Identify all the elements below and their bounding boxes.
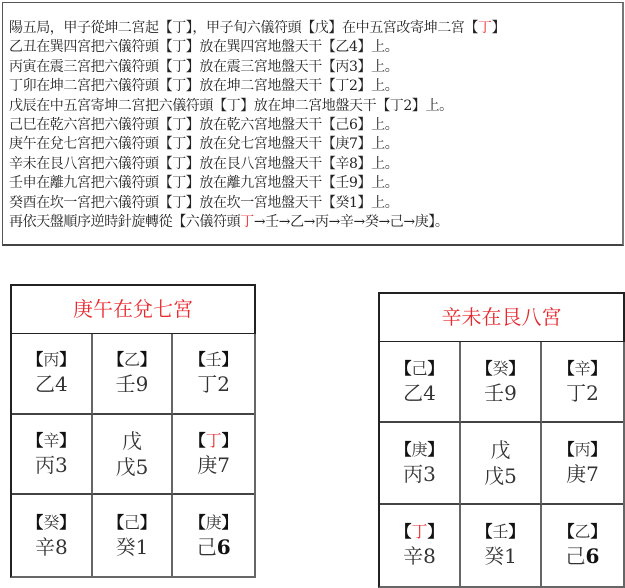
earth-stem-label: 己6 <box>197 534 231 560</box>
explanation-line-7: 辛未在艮八宮把六儀符頭【丁】放在艮八宮地盤天干【辛8】上。 <box>9 155 505 174</box>
stem-text: 庚 <box>411 440 427 459</box>
bracket-open: 【 <box>108 350 124 369</box>
palace-cell: 【己】癸1 <box>93 495 174 576</box>
grid-title: 辛未在艮八宮 <box>378 292 625 342</box>
stem-text: 癸 <box>43 513 59 532</box>
stem-text: 庚 <box>206 513 222 532</box>
bracket-close: 】 <box>428 522 444 541</box>
explanation-line-5: 己巳在乾六宮把六儀符頭【丁】放在乾六宮地盤天干【己6】上。 <box>9 116 505 135</box>
palace-cell: 戊戊5 <box>461 423 542 504</box>
stem-text: 丙 <box>43 350 59 369</box>
bracket-close: 】 <box>59 350 75 369</box>
earth-stem-label: 丙3 <box>403 461 436 487</box>
earth-stem-label: 丙3 <box>35 452 68 478</box>
stem-text: 壬 <box>492 522 508 541</box>
explanation-line-2: 丙寅在震三宮把六儀符頭【丁】放在震三宮地盤天干【丙3】上。 <box>9 58 505 77</box>
bracket-open: 【 <box>190 513 206 532</box>
earth-stem-label: 戊5 <box>116 454 149 480</box>
line-text: 陽五局，甲子從坤二宮起【丁】，甲子旬六儀符頭【戊】在中五宮改寄坤二宮【 <box>9 20 478 36</box>
earth-stem-label: 己6 <box>566 543 600 569</box>
bracket-close: 】 <box>591 522 607 541</box>
stem-text: 丁 <box>411 522 427 541</box>
bracket-open: 【 <box>395 359 411 378</box>
palace-cell: 【乙】壬9 <box>93 334 174 415</box>
stem-text: 己 <box>411 359 427 378</box>
earth-stem-label: 庚7 <box>197 452 230 478</box>
palace-cell: 【癸】壬9 <box>461 342 542 423</box>
bracket-close: 】 <box>59 431 75 450</box>
heaven-stem-label: 【癸】 <box>27 512 75 534</box>
earth-stem-label: 辛8 <box>35 534 68 560</box>
bracket-open: 【 <box>27 431 43 450</box>
palace-cell: 【癸】辛8 <box>12 495 93 576</box>
palace-cell: 【壬】丁2 <box>173 334 254 415</box>
heaven-stem-label: 戊 <box>491 437 511 463</box>
stem-text: 癸 <box>492 359 508 378</box>
stem-text: 乙 <box>574 522 590 541</box>
bracket-close: 】 <box>222 350 238 369</box>
highlight-text: 丁 <box>478 20 492 36</box>
bracket-close: 】 <box>591 440 607 459</box>
bracket-open: 【 <box>108 513 124 532</box>
stem-text: 辛 <box>43 431 59 450</box>
heaven-stem-label: 【己】 <box>108 512 156 534</box>
palace-grid-xin-wei: 辛未在艮八宮 【己】乙4【癸】壬9【辛】丁2【庚】丙3戊戊5【丙】庚7【丁】辛8… <box>378 292 625 588</box>
palace-cell: 【丁】庚7 <box>173 415 254 496</box>
heaven-stem-label: 【庚】 <box>395 439 443 461</box>
grid-cells: 【丙】乙4【乙】壬9【壬】丁2【辛】丙3戊戊5【丁】庚7【癸】辛8【己】癸1【庚… <box>10 334 256 578</box>
bracket-open: 【 <box>27 350 43 369</box>
explanation-line-10: 再依天盤順序逆時針旋轉從【六儀符頭丁→壬→乙→丙→辛→癸→己→庚】。 <box>9 213 505 232</box>
heaven-stem-label: 【丁】 <box>190 430 238 452</box>
bracket-open: 【 <box>395 522 411 541</box>
bracket-open: 【 <box>27 513 43 532</box>
stem-text: 乙 <box>124 350 140 369</box>
bracket-close: 】 <box>591 359 607 378</box>
heaven-stem-label: 【癸】 <box>476 358 524 380</box>
explanation-line-3: 丁卯在坤二宮把六儀符頭【丁】放在坤二宮地盤天干【丁2】上。 <box>9 77 505 96</box>
earth-stem-label: 丁2 <box>197 371 230 397</box>
bracket-close: 】 <box>222 513 238 532</box>
palace-cell: 【丙】庚7 <box>542 423 623 504</box>
bracket-open: 【 <box>558 522 574 541</box>
heaven-stem-label: 【丙】 <box>558 439 606 461</box>
palace-cell: 【壬】癸1 <box>461 505 542 586</box>
earth-stem-label: 戊5 <box>484 463 517 489</box>
bracket-close: 】 <box>509 522 525 541</box>
bracket-open: 【 <box>476 522 492 541</box>
bracket-open: 【 <box>558 440 574 459</box>
palace-cell: 【丁】辛8 <box>380 505 461 586</box>
heaven-stem-label: 【庚】 <box>190 512 238 534</box>
earth-stem-label: 壬9 <box>484 380 517 406</box>
bracket-close: 】 <box>140 350 156 369</box>
palace-cell: 戊戊5 <box>93 415 174 496</box>
heaven-stem-label: 【乙】 <box>108 349 156 371</box>
bracket-open: 【 <box>190 431 206 450</box>
stem-text: 辛 <box>574 359 590 378</box>
heaven-stem-label: 【丙】 <box>27 349 75 371</box>
explanation-lines: 陽五局，甲子從坤二宮起【丁】，甲子旬六儀符頭【戊】在中五宮改寄坤二宮【丁】 乙丑… <box>9 19 505 232</box>
earth-stem-label: 乙4 <box>403 380 436 406</box>
explanation-line-6: 庚午在兌七宮把六儀符頭【丁】放在兌七宮地盤天干【庚7】上。 <box>9 135 505 154</box>
line-tail: →壬→乙→丙→辛→癸→己→庚】。 <box>254 214 449 230</box>
earth-stem-label: 丁2 <box>566 380 599 406</box>
stem-text: 己 <box>124 513 140 532</box>
palace-number: 6 <box>586 544 600 568</box>
center-stem: 戊 <box>491 438 511 462</box>
earth-stem-label: 癸1 <box>484 543 517 569</box>
stem-text: 丁 <box>206 431 222 450</box>
bracket-close: 】 <box>428 359 444 378</box>
palace-grid-geng-wu: 庚午在兌七宮 【丙】乙4【乙】壬9【壬】丁2【辛】丙3戊戊5【丁】庚7【癸】辛8… <box>10 284 256 578</box>
earth-stem-label: 乙4 <box>35 371 68 397</box>
bracket-open: 【 <box>558 359 574 378</box>
heaven-stem-label: 戊 <box>122 428 142 454</box>
bracket-close: 】 <box>222 431 238 450</box>
palace-cell: 【乙】己6 <box>542 505 623 586</box>
palace-cell: 【丙】乙4 <box>12 334 93 415</box>
palace-cell: 【己】乙4 <box>380 342 461 423</box>
bracket-close: 】 <box>59 513 75 532</box>
earth-stem-label: 辛8 <box>403 543 436 569</box>
bracket-open: 【 <box>190 350 206 369</box>
earth-stem-label: 壬9 <box>116 371 149 397</box>
highlight-text: 丁 <box>240 214 254 230</box>
palace-number: 6 <box>217 535 231 559</box>
explanation-line-9: 癸酉在坎一宮把六儀符頭【丁】放在坎一宮地盤天干【癸1】上。 <box>9 194 505 213</box>
stem-text: 丙 <box>574 440 590 459</box>
heaven-stem-label: 【辛】 <box>558 358 606 380</box>
bracket-close: 】 <box>140 513 156 532</box>
bracket-open: 【 <box>395 440 411 459</box>
heaven-stem-label: 【辛】 <box>27 430 75 452</box>
explanation-box: 陽五局，甲子從坤二宮起【丁】，甲子旬六儀符頭【戊】在中五宮改寄坤二宮【丁】 乙丑… <box>2 2 624 246</box>
explanation-line-1: 乙丑在巽四宮把六儀符頭【丁】放在巽四宮地盤天干【乙4】上。 <box>9 38 505 57</box>
explanation-line-4: 戊辰在中五宮寄坤二宮把六儀符頭【丁】放在坤二宮地盤天干【丁2】上。 <box>9 97 505 116</box>
bracket-close: 】 <box>428 440 444 459</box>
stem-char: 己 <box>197 535 217 559</box>
stem-char: 己 <box>566 544 586 568</box>
palace-cell: 【庚】己6 <box>173 495 254 576</box>
earth-stem-label: 庚7 <box>566 461 599 487</box>
bracket-open: 【 <box>476 359 492 378</box>
heaven-stem-label: 【丁】 <box>395 521 443 543</box>
palace-cell: 【庚】丙3 <box>380 423 461 504</box>
palace-cell: 【辛】丁2 <box>542 342 623 423</box>
grid-cells: 【己】乙4【癸】壬9【辛】丁2【庚】丙3戊戊5【丙】庚7【丁】辛8【壬】癸1【乙… <box>378 342 625 588</box>
heaven-stem-label: 【己】 <box>395 358 443 380</box>
explanation-line-8: 壬申在離九宮把六儀符頭【丁】放在離九宮地盤天干【壬9】上。 <box>9 174 505 193</box>
line-text: 再依天盤順序逆時針旋轉從【六儀符頭 <box>9 214 240 230</box>
bracket-close: 】 <box>509 359 525 378</box>
earth-stem-label: 癸1 <box>116 534 149 560</box>
heaven-stem-label: 【壬】 <box>190 349 238 371</box>
grid-title: 庚午在兌七宮 <box>10 284 256 334</box>
line-tail: 】 <box>492 20 506 36</box>
heaven-stem-label: 【乙】 <box>558 521 606 543</box>
explanation-line-0: 陽五局，甲子從坤二宮起【丁】，甲子旬六儀符頭【戊】在中五宮改寄坤二宮【丁】 <box>9 19 505 38</box>
center-stem: 戊 <box>122 429 142 453</box>
stem-text: 壬 <box>206 350 222 369</box>
palace-cell: 【辛】丙3 <box>12 415 93 496</box>
heaven-stem-label: 【壬】 <box>476 521 524 543</box>
